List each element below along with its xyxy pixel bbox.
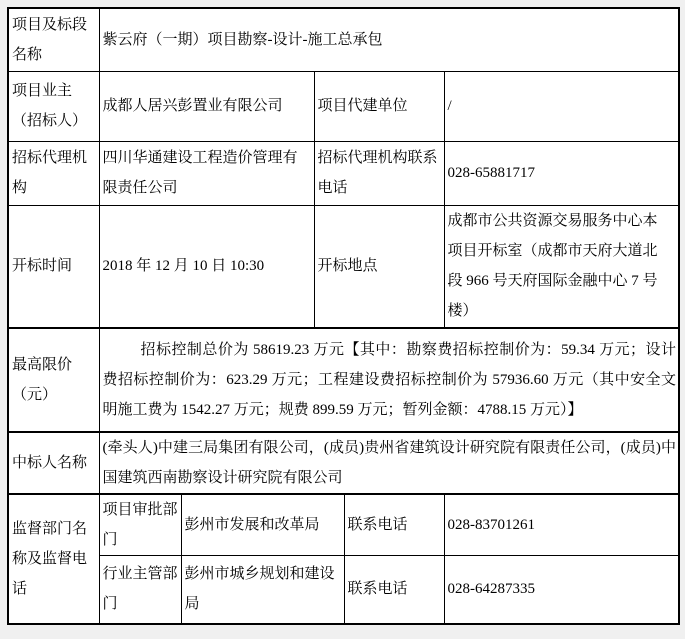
supervision-label: 监督部门名称及监督电话 — [8, 494, 99, 624]
agency-phone-label: 招标代理机构联系电话 — [314, 141, 444, 205]
price-value: 招标控制总价为 58619.23 万元【其中：勘察费招标控制价为：59.34 万… — [99, 328, 679, 432]
row-owner: 项目业主（招标人） 成都人居兴彭置业有限公司 项目代建单位 / — [8, 71, 679, 141]
project-name-label: 项目及标段名称 — [8, 8, 99, 71]
agent-unit-label: 项目代建单位 — [314, 71, 444, 141]
row-winner: 中标人名称 (牵头人)中建三局集团有限公司，(成员)贵州省建筑设计研究院有限责任… — [8, 432, 679, 494]
opening-time-label: 开标时间 — [8, 205, 99, 328]
owner-label: 项目业主（招标人） — [8, 71, 99, 141]
approval-dept-value: 彭州市发展和改革局 — [181, 494, 344, 556]
row-supervision-2: 行业主管部门 彭州市城乡规划和建设局 联系电话 028-64287335 — [8, 556, 679, 624]
industry-dept-value: 彭州市城乡规划和建设局 — [181, 556, 344, 624]
agency-value: 四川华通建设工程造价管理有限责任公司 — [99, 141, 314, 205]
industry-dept-label: 行业主管部门 — [99, 556, 181, 624]
agency-phone-value: 028-65881717 — [444, 141, 679, 205]
tender-result-table: 项目及标段名称 紫云府（一期）项目勘察-设计-施工总承包 项目业主（招标人） 成… — [7, 7, 680, 625]
opening-time-value: 2018 年 12 月 10 日 10:30 — [99, 205, 314, 328]
project-name-value: 紫云府（一期）项目勘察-设计-施工总承包 — [99, 8, 679, 71]
opening-place-label: 开标地点 — [314, 205, 444, 328]
opening-place-value: 成都市公共资源交易服务中心本项目开标室（成都市天府大道北段 966 号天府国际金… — [444, 205, 679, 328]
agency-label: 招标代理机构 — [8, 141, 99, 205]
price-label: 最高限价（元） — [8, 328, 99, 432]
row-project: 项目及标段名称 紫云府（一期）项目勘察-设计-施工总承包 — [8, 8, 679, 71]
agent-unit-value: / — [444, 71, 679, 141]
row-agency: 招标代理机构 四川华通建设工程造价管理有限责任公司 招标代理机构联系电话 028… — [8, 141, 679, 205]
industry-phone-label: 联系电话 — [344, 556, 444, 624]
industry-phone-value: 028-64287335 — [444, 556, 679, 624]
owner-value: 成都人居兴彭置业有限公司 — [99, 71, 314, 141]
row-price: 最高限价（元） 招标控制总价为 58619.23 万元【其中：勘察费招标控制价为… — [8, 328, 679, 432]
winner-value: (牵头人)中建三局集团有限公司，(成员)贵州省建筑设计研究院有限责任公司，(成员… — [99, 432, 679, 494]
row-opening: 开标时间 2018 年 12 月 10 日 10:30 开标地点 成都市公共资源… — [8, 205, 679, 328]
approval-phone-label: 联系电话 — [344, 494, 444, 556]
approval-phone-value: 028-83701261 — [444, 494, 679, 556]
row-supervision-1: 监督部门名称及监督电话 项目审批部门 彭州市发展和改革局 联系电话 028-83… — [8, 494, 679, 556]
winner-label: 中标人名称 — [8, 432, 99, 494]
approval-dept-label: 项目审批部门 — [99, 494, 181, 556]
